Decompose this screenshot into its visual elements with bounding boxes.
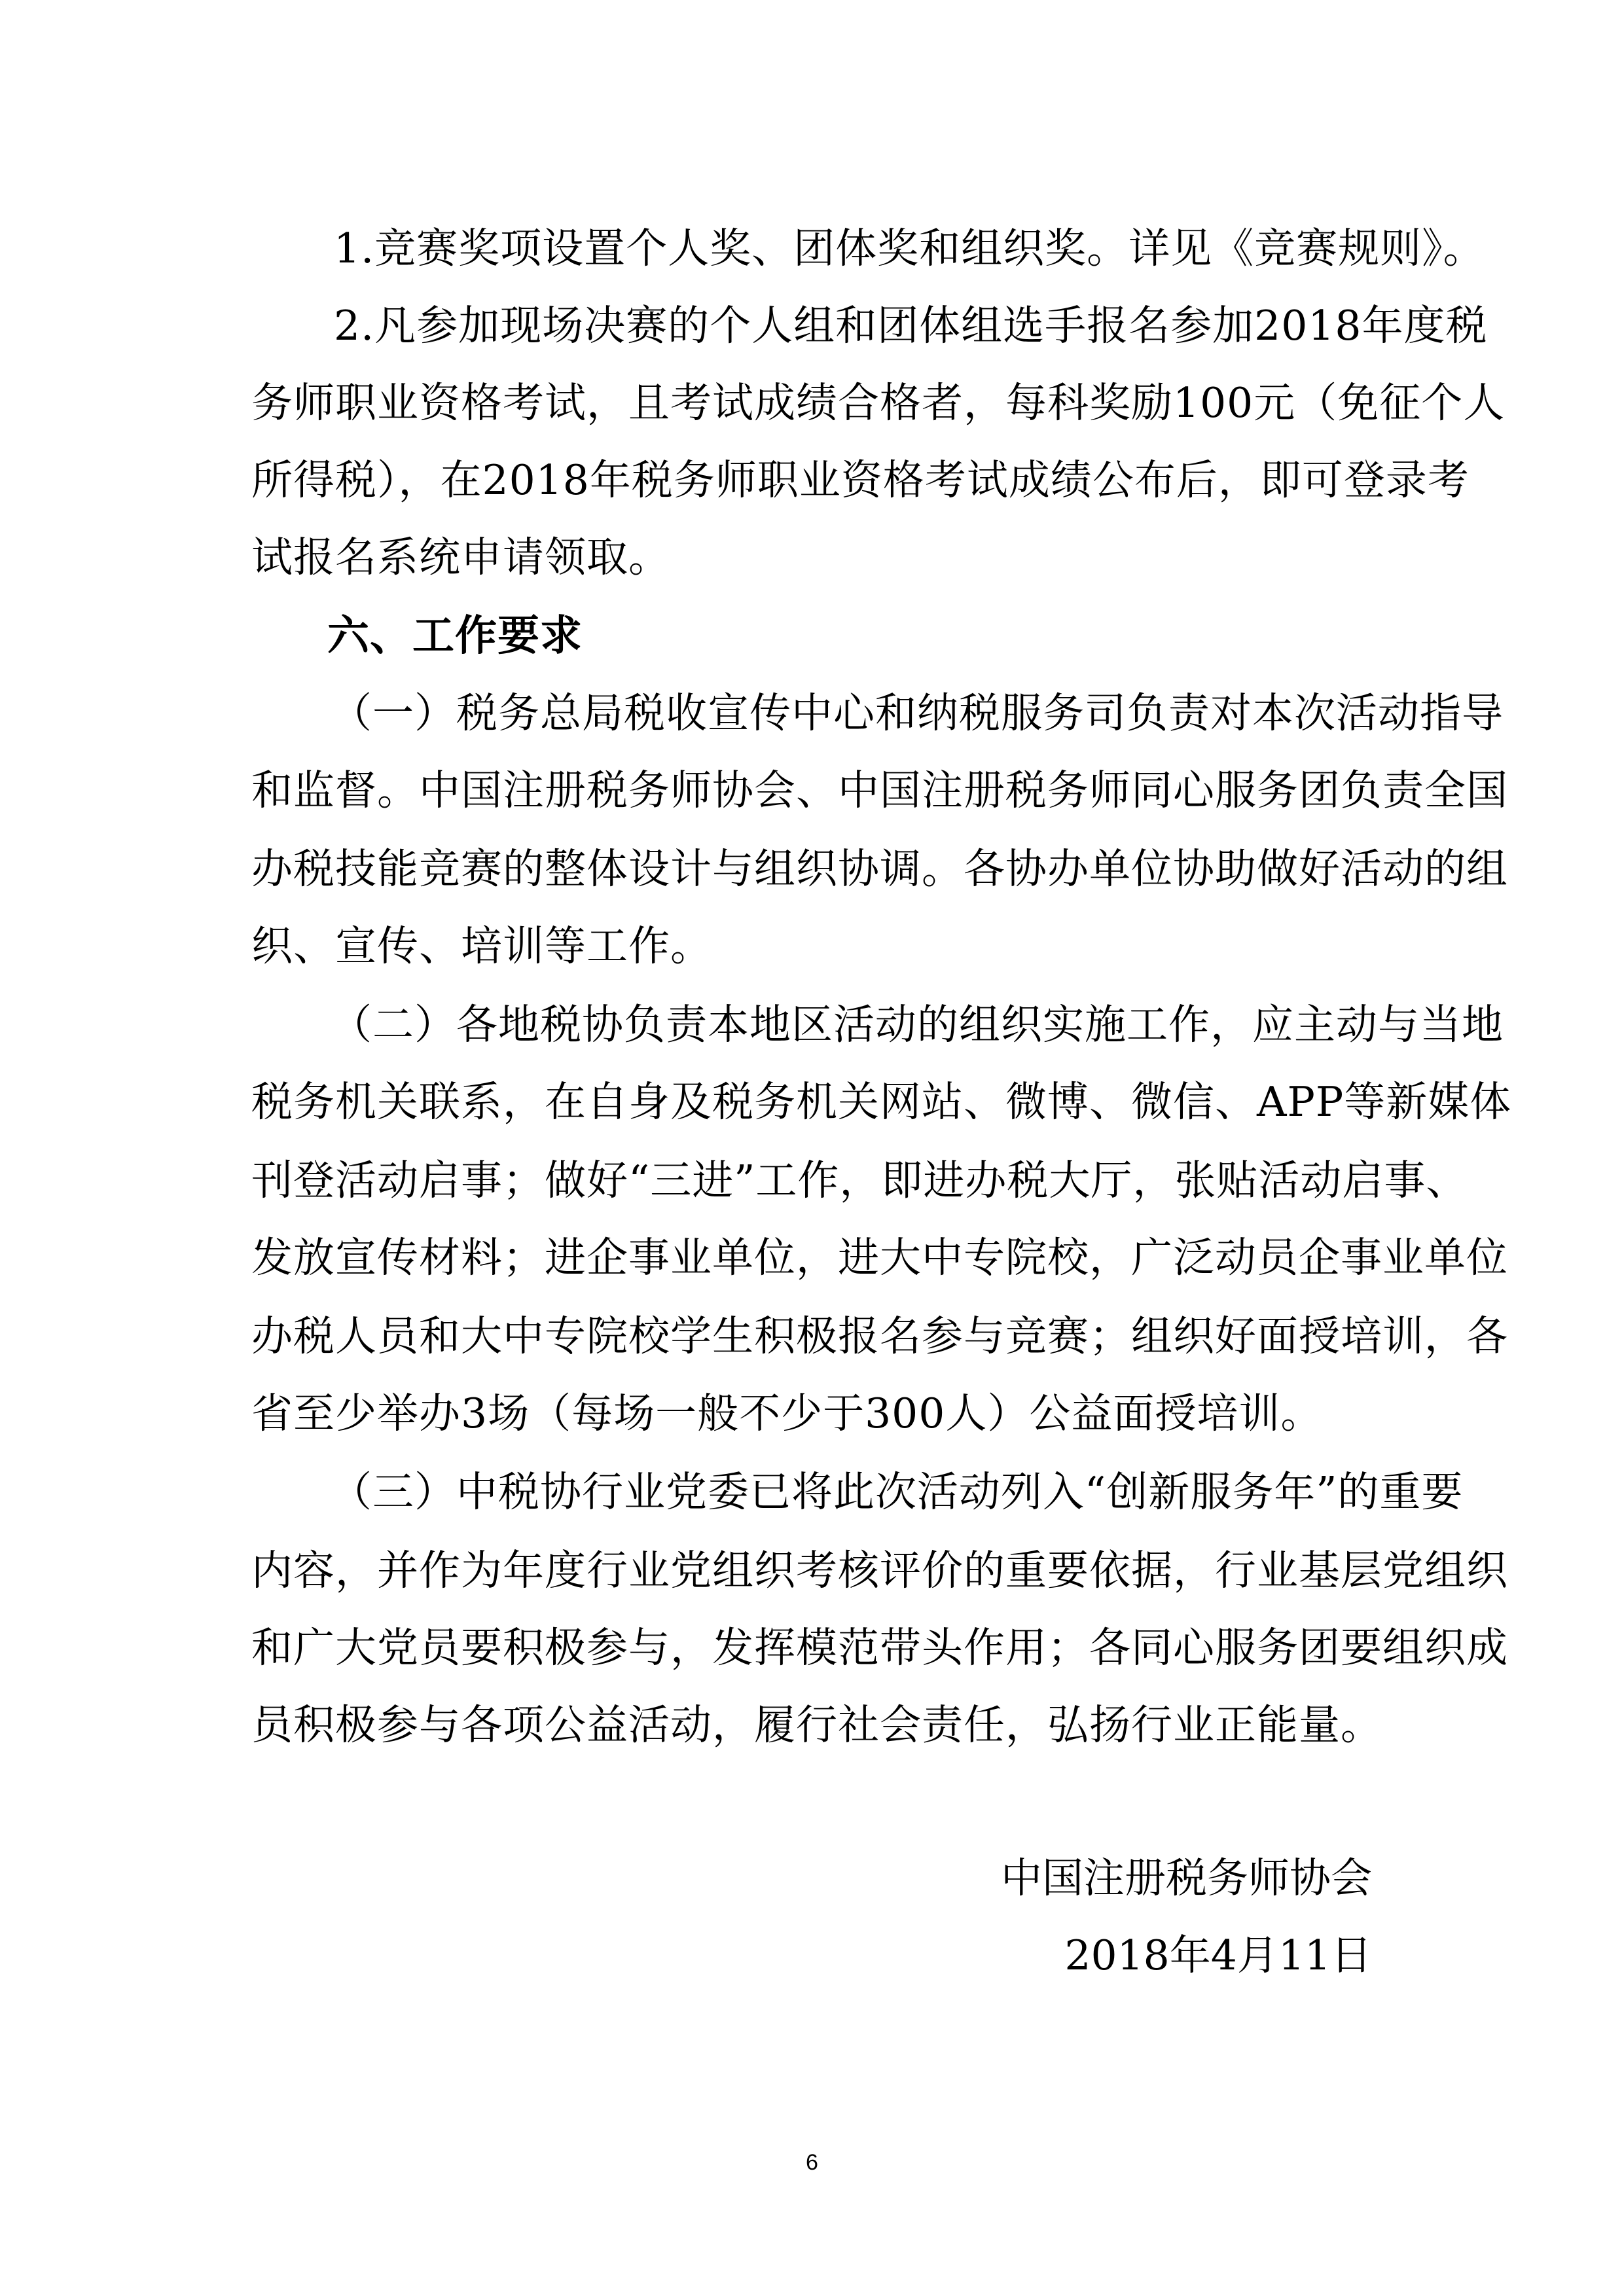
para2-line-3: 刊登活动启事；做好“三进”工作，即进办税大厅，张贴活动启事、 (251, 1155, 1468, 1207)
award-item-2-line-3: 所得税），在2018年税务师职业资格考试成绩公布后，即可登录考 (251, 454, 1470, 507)
para2-line-2: 税务机关联系，在自身及税务机关网站、微博、微信、APP等新媒体 (251, 1076, 1511, 1128)
section-heading: 六、工作要求 (327, 610, 583, 662)
para2-line-5: 办税人员和大中专院校学生积极报名参与竞赛；组织好面授培训，各 (251, 1310, 1508, 1363)
para3-line-1: （三）中税协行业党委已将此次活动列入“创新服务年”的重要 (331, 1466, 1463, 1518)
para2-line-6: 省至少举办3场（每场一般不少于300人）公益面授培训。 (251, 1388, 1322, 1440)
para1-line-3: 办税技能竞赛的整体设计与组织协调。各协办单位协助做好活动的组 (251, 843, 1508, 895)
para3-line-2: 内容，并作为年度行业党组织考核评价的重要依据，行业基层党组织 (251, 1545, 1508, 1597)
para3-line-3: 和广大党员要积极参与，发挥模范带头作用；各同心服务团要组织成 (251, 1622, 1508, 1674)
page-number: 6 (0, 2150, 1624, 2176)
award-item-1: 1.竞赛奖项设置个人奖、团体奖和组织奖。详见《竞赛规则》。 (334, 223, 1485, 275)
para1-line-2: 和监督。中国注册税务师协会、中国注册税务师同心服务团负责全国 (251, 764, 1508, 817)
signature: 中国注册税务师协会 (1001, 1852, 1372, 1905)
para2-line-4: 发放宣传材料；进企事业单位，进大中专院校，广泛动员企事业单位 (251, 1232, 1508, 1284)
para1-line-4: 织、宣传、培训等工作。 (251, 920, 712, 973)
award-item-2-line-4: 试报名系统申请领取。 (251, 531, 670, 584)
award-item-2-line-2: 务师职业资格考试，且考试成绩合格者，每科奖励100元（免征个人 (251, 377, 1505, 429)
para2-line-1: （二）各地税协负责本地区活动的组织实施工作，应主动与当地 (331, 999, 1504, 1051)
para1-line-1: （一）税务总局税收宣传中心和纳税服务司负责对本次活动指导 (331, 687, 1504, 740)
date: 2018年4月11日 (1064, 1929, 1372, 1982)
para3-line-4: 员积极参与各项公益活动，履行社会责任，弘扬行业正能量。 (251, 1699, 1382, 1751)
award-item-2-line-1: 2.凡参加现场决赛的个人组和团体组选手报名参加2018年度税 (334, 300, 1487, 352)
